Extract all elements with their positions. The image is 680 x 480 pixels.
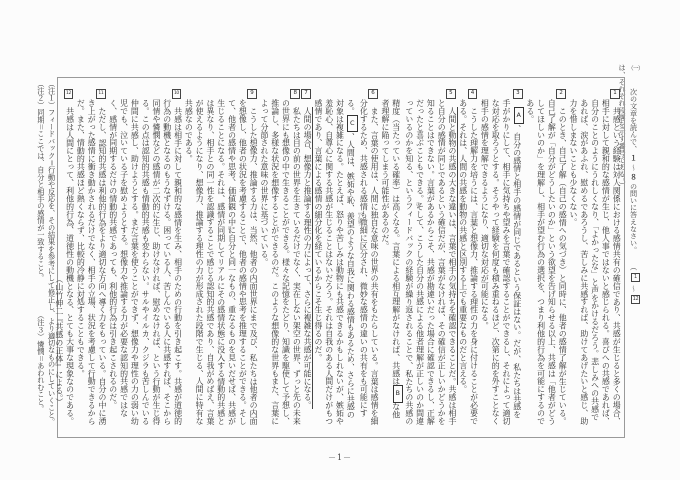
footnote-label: （注１）: [48, 80, 57, 109]
paragraph-5: 5人間と動物の共感の大きな違いは、言葉で相手の気持ちを確認できることだ。共感は相…: [379, 99, 457, 426]
paragraph-text: 、人間は、嫉妬や恥、: [346, 132, 355, 212]
question-range-start: １: [630, 154, 639, 161]
paragraph-3: 3A、自分の感情と相手の感情が同じであるという保証はない。だが、私たちは共感を手…: [479, 99, 524, 426]
footnote-marker: 注３: [162, 123, 165, 130]
paragraph-number: 9: [247, 89, 257, 99]
paragraph-8: 8私たちは目の前の世界を生きているだけでなく、実在しない架空の世界、ずっと先の未…: [258, 99, 301, 426]
paragraph-number: 7: [301, 89, 311, 99]
footnote-2-3: （注２）同期＝ここでは、自分と相手の感情が一致すること。（注３）憐憫＝あわれむこ…: [35, 80, 46, 432]
footnotes: （注１）フィードバック＝行動や反応を、その結果を参考にして修正し、より適切なもの…: [35, 80, 57, 432]
question-header: （一） 次の文章を読んで、 １ ～ ８ の問いに答えなさい。 （ 1 ～ 12 …: [629, 64, 640, 429]
paragraph-12: 12共感は人間にとって、利他的行為、道徳性の動機となる、とても大事な現象なのであ…: [64, 99, 75, 426]
paragraph-number: 10: [172, 89, 182, 99]
footnote-label: （注２）: [37, 80, 46, 109]
paragraph-6: 6また、言葉の使用は、人間に独自な意味の世界の共有をもたらしている。言葉は感情を…: [312, 99, 379, 426]
paragraph-text: 、自分の感情と相手の感情が同じであるという保証はない。だが、私たちは共感を手がか…: [480, 99, 521, 425]
paragraph-text: こうした理解力を培うには、言葉と想像力、推論する理性の力を身に付けることが必要で…: [459, 99, 479, 425]
paragraph-text: などの感情が二次的に生じ、助けなければ、慰めなければ、という行動が生じ得る。この…: [109, 99, 161, 425]
footnote-label: （注３）: [37, 312, 46, 341]
annotated-term: 憐憫注３: [152, 123, 161, 139]
instruction-text-2: の問いに答えなさい。: [630, 183, 639, 254]
footnote-text: 同期＝ここでは、自分と相手の感情が一致すること。: [37, 109, 46, 282]
paragraph-number: 1: [610, 89, 620, 99]
annotated-term-text: 同期: [217, 226, 226, 242]
paragraph-number: 5: [446, 89, 456, 99]
blank-box-c: C: [347, 115, 358, 133]
passage-frame: 1共感という経験は対人関係における感情共有の確信であり、共感が生じると多くの場合…: [57, 77, 625, 438]
paragraph-number: 6: [368, 89, 378, 99]
annotated-term: 同期注２: [217, 226, 226, 242]
paragraph-number: 8: [290, 89, 300, 99]
annotated-term-text: 憐憫: [152, 123, 161, 139]
ruby-term: 羨望せんぼう: [346, 212, 355, 228]
question-range-separator: ～: [630, 164, 639, 171]
paragraph-11: 11ただし、認知的共感は利他的行為をより適切な方向へ導く力をもっている。自分の中…: [75, 99, 107, 426]
ruby-reading: せんぼう: [357, 212, 360, 226]
paragraph-note-open: （: [630, 263, 639, 270]
paragraph-1: 1共感という経験は対人関係における感情共有の確信であり、共感が生じると多くの場合…: [567, 99, 621, 426]
page-number: －1－: [300, 452, 380, 463]
paragraph-text: 共感という経験は対人関係における感情共有の確信であり、共感が生じると多くの場合、…: [569, 99, 621, 425]
paragraph-number: 4: [468, 89, 478, 99]
underlined-passage: 人間と動物の共感の大きな違いは、言葉で相手の気持ちを確認できることだ。: [448, 107, 458, 385]
paragraph-text: ただし、認知的共感は利他的行為をより適切な方向へ導く力をもっている。自分の中に湧…: [76, 99, 107, 425]
underlined-passage: 人間の場合、想像力と推論する理性の力によって、さらに複雑な共感が可能になる。: [303, 107, 313, 409]
blank-box-b: B: [393, 385, 404, 403]
paragraph-text: 共感は人間にとって、利他的行為、道徳性の動機となる、とても大事な現象なのである。: [66, 107, 75, 425]
paragraph-10: 10共感は相手に対して親和的な感情を生み、相手のための行動を引き起こす。共感が道…: [107, 99, 183, 426]
annotated-term-text: フィードバック: [405, 202, 414, 258]
paragraph-number: 11: [96, 89, 106, 99]
paragraph-range-start-box: 1: [631, 273, 640, 282]
paragraph-number: 2: [556, 89, 566, 99]
paragraph-number: 3: [513, 89, 523, 99]
footnote-marker: 注２: [227, 226, 230, 233]
paragraph-text: このとき、自己了解（自己の感情への気づき）と同時に、他者の感情了解が生じている。…: [526, 99, 567, 425]
paragraph-7: 7人間の場合、想像力と推論する理性の力によって、さらに複雑な共感が可能になる。: [301, 99, 312, 426]
blank-box-a: A: [514, 107, 525, 125]
paragraph-range-separator: ～: [630, 285, 639, 292]
paragraph-text: 私たちは目の前の世界を生きているだけでなく、実在しない架空の世界、ずっと先の未来…: [260, 99, 301, 425]
footnote-text: フィードバック＝行動や反応を、その結果を参考にして修正し、より適切なものにしてい…: [48, 109, 57, 426]
paragraph-number: 12: [64, 89, 74, 99]
annotated-term: フィードバック注１: [405, 202, 414, 258]
instruction-text: 次の文章を読んで、: [630, 88, 639, 152]
paragraph-2: 2このとき、自己了解（自己の感情への気づき）と同時に、他者の感情了解が生じている…: [524, 99, 567, 426]
footnote-marker: 注１: [415, 202, 418, 209]
paragraph-4: 4こうした理解力を培うには、言葉と想像力、推論する理性の力を身に付けることが必要…: [457, 99, 479, 426]
footnote-text: 憐憫＝あわれむこと。: [37, 340, 46, 412]
passage-body: 1共感という経験は対人関係における感情共有の確信であり、共感が生じると多くの場合…: [60, 99, 622, 426]
paragraph-range-end-box: 12: [631, 295, 640, 304]
question-range-end: ８: [630, 173, 639, 180]
footnote-1: （注１）フィードバック＝行動や反応を、その結果を参考にして修正し、より適切なもの…: [46, 80, 57, 432]
paragraph-9: 9こうした想像力、推論する力は、当然、他者の内面世界にまで及び、私たちは他者の内…: [183, 99, 259, 426]
ruby-base: 羨望: [346, 212, 355, 228]
section-number: （一）: [628, 64, 639, 74]
